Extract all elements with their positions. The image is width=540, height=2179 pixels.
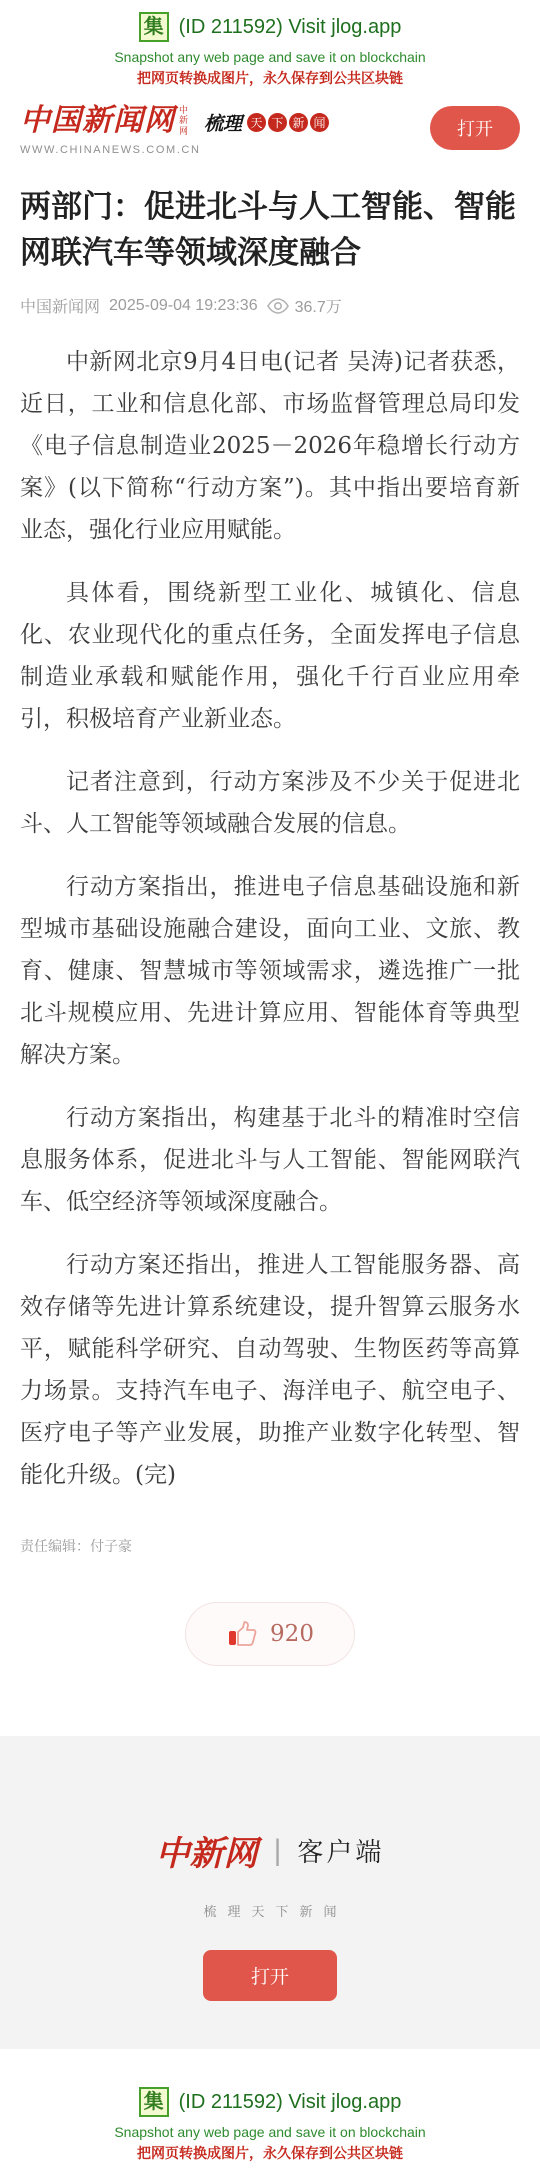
slogan-prefix: 梳理 xyxy=(204,109,242,136)
article-meta: 中国新闻网 2025-09-04 19:23:36 36.7万 xyxy=(0,294,540,317)
footer-divider: | xyxy=(274,1834,282,1868)
article-body: 中新网北京9月4日电(记者 吴涛)记者获悉，近日，工业和信息化部、市场监督管理总… xyxy=(0,341,540,1496)
jlog-link[interactable]: (ID 211592) Visit jlog.app xyxy=(179,2091,402,2114)
footer-chinanews-logo: 中新网 xyxy=(156,1826,258,1875)
article-paragraph: 行动方案指出，推进电子信息基础设施和新型城市基础设施融合建设，面向工业、文旅、教… xyxy=(20,866,520,1076)
article-datetime: 2025-09-04 19:23:36 xyxy=(109,297,258,315)
article-paragraph: 行动方案还指出，推进人工智能服务器、高效存储等先进计算系统建设，提升智算云服务水… xyxy=(20,1244,520,1496)
like-button[interactable]: 920 xyxy=(185,1602,355,1666)
site-logo-block: 中国新闻网 中 新 网 梳理 天 下 新 闻 WWW.CHINANEWS.COM… xyxy=(20,104,329,156)
logo-side-char: 网 xyxy=(179,126,188,136)
slogan-badge: 新 xyxy=(289,113,308,132)
article-paragraph: 记者注意到，行动方案涉及不少关于促进北斗、人工智能等领域融合发展的信息。 xyxy=(20,761,520,845)
open-app-button-header[interactable]: 打开 xyxy=(430,106,520,150)
article-paragraph: 中新网北京9月4日电(记者 吴涛)记者获悉，近日，工业和信息化部、市场监督管理总… xyxy=(20,341,520,551)
open-app-button-footer[interactable]: 打开 xyxy=(203,1950,337,2001)
chinanews-logo-side: 中 新 网 xyxy=(179,105,188,136)
slogan-badge: 天 xyxy=(247,113,266,132)
article-paragraph: 具体看，围绕新型工业化、城镇化、信息化、农业现代化的重点任务，全面发挥电子信息制… xyxy=(20,572,520,740)
jlog-link[interactable]: (ID 211592) Visit jlog.app xyxy=(179,16,402,39)
editor-line: 责任编辑：付子豪 xyxy=(0,1536,540,1556)
banner-snapshot-text-zh: 把网页转换成图片，永久保存到公共区块链 xyxy=(0,2143,540,2163)
site-url: WWW.CHINANEWS.COM.CN xyxy=(20,144,329,156)
banner-snapshot-text-en: Snapshot any web page and save it on blo… xyxy=(0,49,540,65)
banner-snapshot-text-en: Snapshot any web page and save it on blo… xyxy=(0,2124,540,2140)
blockchain-banner-top: 集 (ID 211592) Visit jlog.app Snapshot an… xyxy=(0,0,540,88)
chinanews-logo: 中国新闻网 xyxy=(20,104,175,137)
thumbs-up-icon xyxy=(226,1618,258,1650)
article-source: 中国新闻网 xyxy=(20,294,100,317)
views-eye-icon xyxy=(267,298,289,314)
footer-app-label: 客户端 xyxy=(297,1832,384,1869)
slogan-badge: 下 xyxy=(268,113,287,132)
slogan-stamp: 梳理 天 下 新 闻 xyxy=(204,109,329,136)
article-paragraph: 行动方案指出，构建基于北斗的精准时空信息服务体系，促进北斗与人工智能、智能网联汽… xyxy=(20,1097,520,1223)
article-title: 两部门：促进北斗与人工智能、智能网联汽车等领域深度融合 xyxy=(0,184,540,276)
banner-snapshot-text-zh: 把网页转换成图片，永久保存到公共区块链 xyxy=(0,68,540,88)
app-footer: 中新网 | 客户端 梳理天下新闻 打开 xyxy=(0,1736,540,2049)
slogan-badge: 闻 xyxy=(310,113,329,132)
logo-side-char: 中 xyxy=(179,105,188,115)
like-count: 920 xyxy=(270,1621,314,1647)
blockchain-banner-bottom: 集 (ID 211592) Visit jlog.app Snapshot an… xyxy=(0,2049,540,2179)
views-count: 36.7万 xyxy=(295,294,342,317)
site-header: 中国新闻网 中 新 网 梳理 天 下 新 闻 WWW.CHINANEWS.COM… xyxy=(0,88,540,156)
footer-slogan: 梳理天下新闻 xyxy=(0,1901,540,1920)
page: 集 (ID 211592) Visit jlog.app Snapshot an… xyxy=(0,0,540,2179)
jlog-app-icon: 集 xyxy=(139,2087,169,2117)
logo-side-char: 新 xyxy=(179,115,188,125)
jlog-app-icon: 集 xyxy=(139,12,169,42)
